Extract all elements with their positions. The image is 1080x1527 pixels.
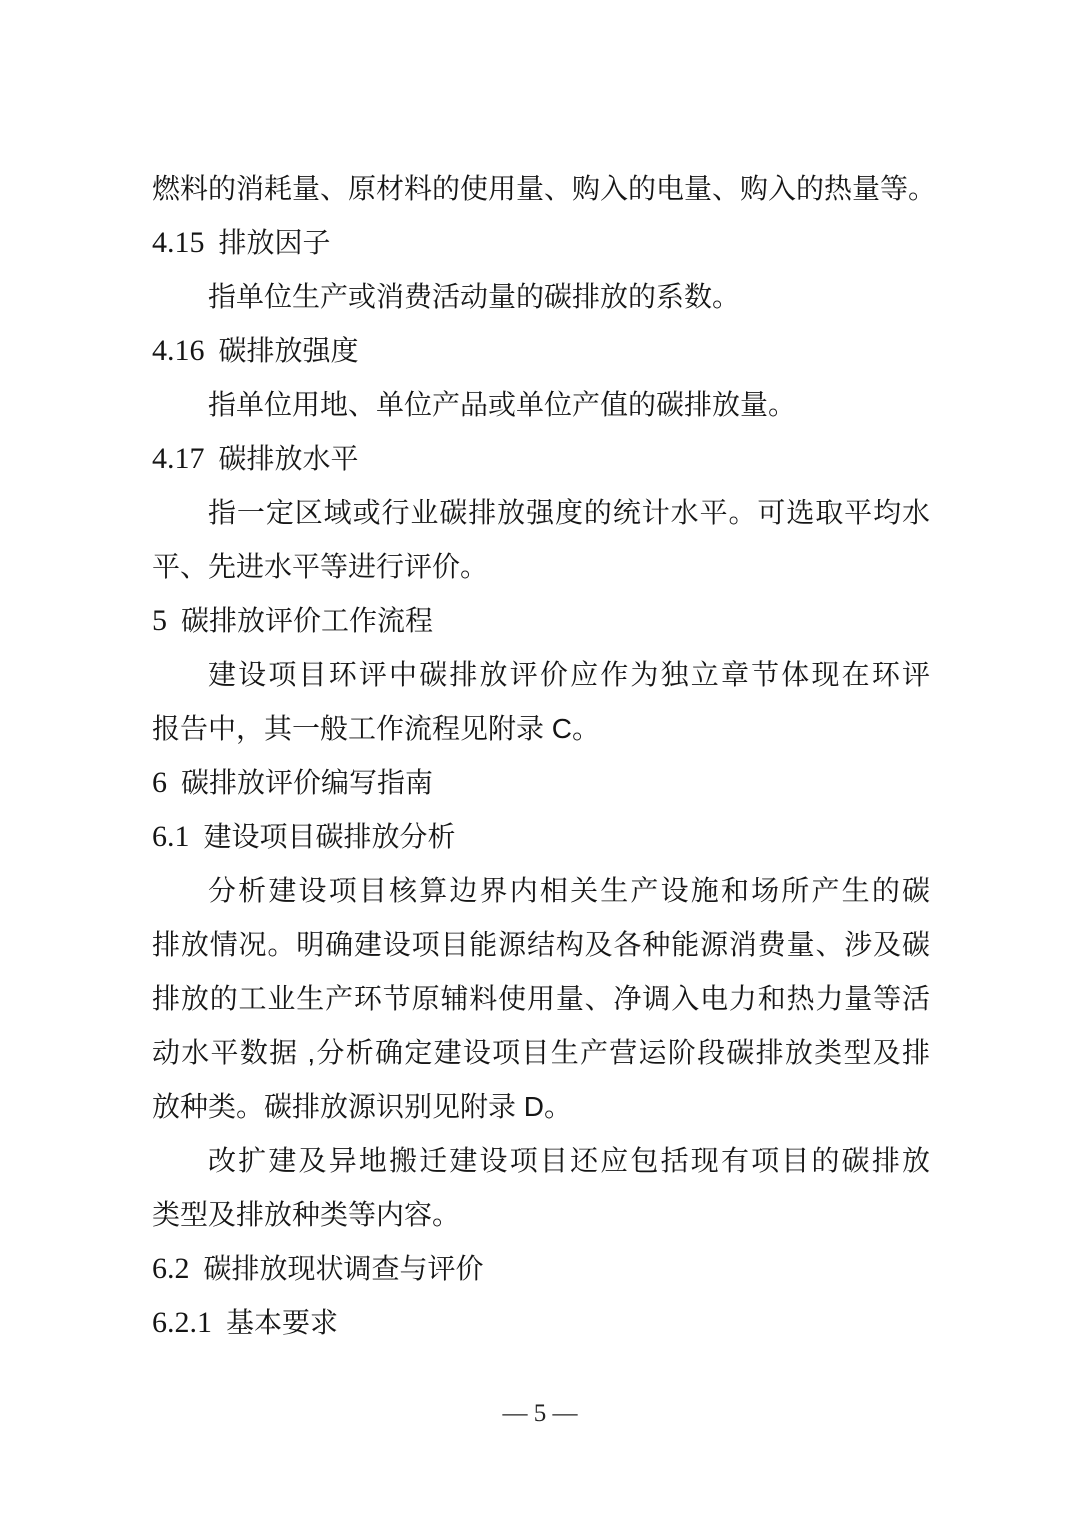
text-run: 放种类。碳排放源识别见附录 D。 xyxy=(152,1091,572,1122)
document-page: 燃料的消耗量、原材料的使用量、购入的电量、购入的热量等。4.15排放因子指单位生… xyxy=(0,0,1080,1527)
section-heading-line: 6.1建设项目碳排放分析 xyxy=(152,810,930,864)
body-text-line: 报告中，其一般工作流程见附录 C。 xyxy=(152,702,930,756)
text-run: 指单位用地、单位产品或单位产值的碳排放量。 xyxy=(208,389,796,420)
page-footer: — 5 — xyxy=(0,1398,1080,1430)
text-run: 排放的工业生产环节原辅料使用量、净调入电力和热力量等活 xyxy=(152,983,930,1014)
body-text-line: 类型及排放种类等内容。 xyxy=(152,1188,930,1242)
section-title: 碳排放评价编写指南 xyxy=(181,767,433,798)
section-title: 排放因子 xyxy=(219,227,331,258)
section-heading-line: 6.2.1基本要求 xyxy=(152,1296,930,1350)
section-number: 5 xyxy=(152,604,167,637)
text-run: 报告中，其一般工作流程见附录 C。 xyxy=(152,713,600,744)
body-text-line: 指单位用地、单位产品或单位产值的碳排放量。 xyxy=(152,378,930,432)
section-title: 碳排放现状调查与评价 xyxy=(204,1253,484,1284)
document-content: 燃料的消耗量、原材料的使用量、购入的电量、购入的热量等。4.15排放因子指单位生… xyxy=(152,162,930,1350)
section-title: 碳排放评价工作流程 xyxy=(181,605,433,636)
body-text-line: 排放的工业生产环节原辅料使用量、净调入电力和热力量等活 xyxy=(152,972,930,1026)
section-heading-line: 4.17碳排放水平 xyxy=(152,432,930,486)
text-run: 建设项目环评中碳排放评价应作为独立章节体现在环评 xyxy=(208,659,930,690)
text-run: 排放情况。明确建设项目能源结构及各种能源消费量、涉及碳 xyxy=(152,929,930,960)
section-number: 6.1 xyxy=(152,820,190,853)
text-run: 类型及排放种类等内容。 xyxy=(152,1199,460,1230)
section-heading-line: 6碳排放评价编写指南 xyxy=(152,756,930,810)
text-run: 燃料的消耗量、原材料的使用量、购入的电量、购入的热量等。 xyxy=(152,173,936,204)
section-title: 碳排放水平 xyxy=(219,443,359,474)
section-number: 4.16 xyxy=(152,334,205,367)
body-text-line: 动水平数据 ,分析确定建设项目生产营运阶段碳排放类型及排 xyxy=(152,1026,930,1080)
body-text-line: 分析建设项目核算边界内相关生产设施和场所产生的碳 xyxy=(152,864,930,918)
section-heading-line: 4.16碳排放强度 xyxy=(152,324,930,378)
body-text-line: 指一定区域或行业碳排放强度的统计水平。可选取平均水 xyxy=(152,486,930,540)
section-number: 4.17 xyxy=(152,442,205,475)
body-text-line: 建设项目环评中碳排放评价应作为独立章节体现在环评 xyxy=(152,648,930,702)
body-text-line: 放种类。碳排放源识别见附录 D。 xyxy=(152,1080,930,1134)
section-number: 6 xyxy=(152,766,167,799)
body-text-line: 燃料的消耗量、原材料的使用量、购入的电量、购入的热量等。 xyxy=(152,162,930,216)
text-run: 分析建设项目核算边界内相关生产设施和场所产生的碳 xyxy=(208,875,930,906)
page-number: — 5 — xyxy=(503,1400,578,1427)
text-run: 平、先进水平等进行评价。 xyxy=(152,551,488,582)
body-text-line: 改扩建及异地搬迁建设项目还应包括现有项目的碳排放 xyxy=(152,1134,930,1188)
section-title: 建设项目碳排放分析 xyxy=(204,821,456,852)
section-title: 基本要求 xyxy=(226,1307,338,1338)
body-text-line: 平、先进水平等进行评价。 xyxy=(152,540,930,594)
text-run: 改扩建及异地搬迁建设项目还应包括现有项目的碳排放 xyxy=(208,1145,930,1176)
body-text-line: 排放情况。明确建设项目能源结构及各种能源消费量、涉及碳 xyxy=(152,918,930,972)
section-number: 4.15 xyxy=(152,226,205,259)
section-number: 6.2.1 xyxy=(152,1306,212,1339)
section-title: 碳排放强度 xyxy=(219,335,359,366)
text-run: 指单位生产或消费活动量的碳排放的系数。 xyxy=(208,281,740,312)
section-number: 6.2 xyxy=(152,1252,190,1285)
section-heading-line: 5碳排放评价工作流程 xyxy=(152,594,930,648)
body-text-line: 指单位生产或消费活动量的碳排放的系数。 xyxy=(152,270,930,324)
text-run: 动水平数据 ,分析确定建设项目生产营运阶段碳排放类型及排 xyxy=(152,1037,930,1068)
section-heading-line: 4.15排放因子 xyxy=(152,216,930,270)
text-run: 指一定区域或行业碳排放强度的统计水平。可选取平均水 xyxy=(208,497,930,528)
section-heading-line: 6.2碳排放现状调查与评价 xyxy=(152,1242,930,1296)
